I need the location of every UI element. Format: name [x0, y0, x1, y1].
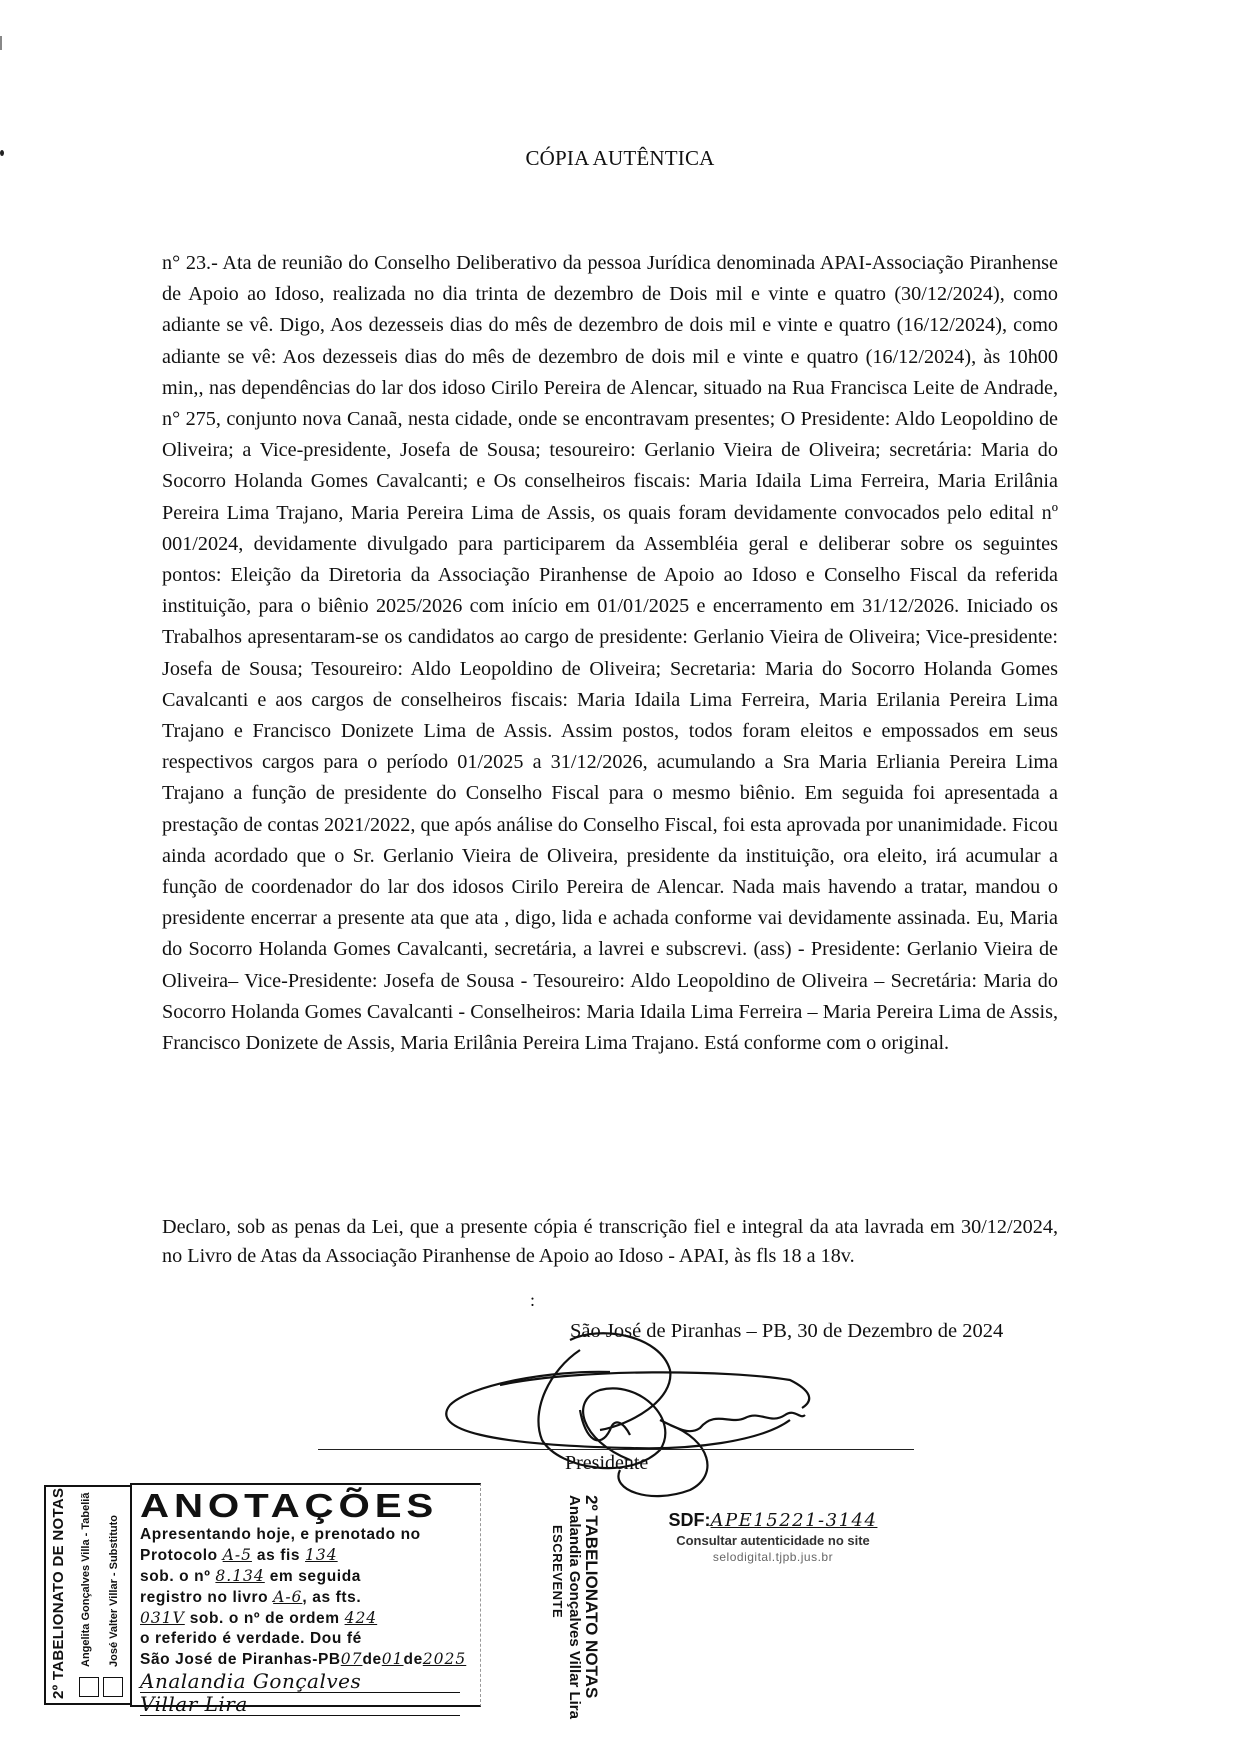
stamp-line-3: sob. o nº 8.134 em seguida [140, 1566, 474, 1587]
em-seguida-label: em seguida [270, 1568, 361, 1585]
stamp-side-name-2: José Valter Villar - Substituto [108, 1515, 120, 1667]
stamp-main-panel: ANOTAÇÕES Apresentando hoje, e prenotado… [130, 1483, 481, 1707]
livro-value: A-6 [273, 1588, 302, 1606]
livro-label: registro no livro [140, 1589, 268, 1606]
protocolo-value: A-5 [223, 1546, 252, 1564]
seal-website[interactable]: selodigital.tjpb.jus.br [658, 1550, 888, 1564]
vstamp-line-1: 2º TABELIONATO NOTAS [581, 1495, 601, 1698]
checkbox-tabelia [79, 1677, 99, 1697]
seal-code-prefix: SDF: [669, 1510, 711, 1530]
tabelionato-vertical-stamp: 2º TABELIONATO NOTAS Analandia Gonçalves… [551, 1495, 601, 1695]
minutes-paragraph: n° 23.- Ata de reunião do Conselho Delib… [162, 248, 1058, 1059]
minutes-body: n° 23.- Ata de reunião do Conselho Delib… [162, 248, 1058, 1059]
scan-speck [0, 150, 4, 156]
document-page: CÓPIA AUTÊNTICA n° 23.- Ata de reunião d… [0, 0, 1240, 1753]
colon-mark: : [530, 1290, 535, 1311]
stamp-side-title: 2º TABELIONATO DE NOTAS [50, 1488, 67, 1699]
stamp-handwritten-signature-1: Analandia Gonçalves [140, 1670, 460, 1693]
declaration-text: Declaro, sob as penas da Lei, que a pres… [162, 1213, 1058, 1271]
stamp-month: 01 [382, 1650, 404, 1668]
stamp-line-5: 031V sob. o nº de ordem 424 [140, 1608, 474, 1629]
stamp-line-6: o referido é verdade. Dou fé [140, 1629, 474, 1649]
sob-value: 8.134 [215, 1567, 264, 1585]
ordem-label: sob. o nº de ordem [190, 1610, 340, 1627]
stamp-side-name-1: Angelita Gonçalves Villa - Tabeliã [80, 1493, 92, 1667]
stamp-title: ANOTAÇÕES [140, 1487, 438, 1525]
stamp-handwritten-signature-2: Villar Lira [140, 1693, 460, 1716]
fls-label: as fis [257, 1547, 300, 1564]
stamp-line-2: Protocolo A-5 as fis 134 [140, 1545, 474, 1566]
de-label: de [404, 1651, 423, 1668]
seal-instructions: Consultar autenticidade no site [658, 1533, 888, 1548]
annotations-stamp: 2º TABELIONATO DE NOTAS Angelita Gonçalv… [44, 1483, 480, 1705]
sob-label: sob. o nº [140, 1568, 210, 1585]
vstamp-line-2: Analandia Gonçalves Villar Lira [566, 1495, 583, 1719]
stamp-line-7: São José de Piranhas-PB07de01de2025 [140, 1649, 474, 1670]
stamp-city: São José de Piranhas-PB [140, 1651, 341, 1668]
document-title: CÓPIA AUTÊNTICA [0, 146, 1240, 171]
vstamp-line-3: ESCREVENTE [550, 1525, 565, 1618]
stamp-lines: Apresentando hoje, e prenotado no Protoc… [140, 1525, 474, 1716]
digital-seal: SDF:APE15221-3144 Consultar autenticidad… [658, 1510, 888, 1564]
seal-code: SDF:APE15221-3144 [658, 1510, 888, 1531]
checkbox-substituto [103, 1677, 123, 1697]
stamp-year: 2025 [423, 1650, 466, 1668]
signature-role: Presidente [565, 1452, 648, 1475]
ordem-value: 424 [345, 1609, 378, 1627]
fts-label: , as fts. [302, 1589, 361, 1606]
president-signature [430, 1330, 990, 1500]
stamp-day: 07 [341, 1650, 363, 1668]
de-label: de [362, 1651, 381, 1668]
stamp-line-1: Apresentando hoje, e prenotado no [140, 1525, 474, 1545]
ordem-page-value: 031V [140, 1609, 185, 1627]
declaration: Declaro, sob as penas da Lei, que a pres… [162, 1213, 1058, 1271]
stamp-side-panel: 2º TABELIONATO DE NOTAS Angelita Gonçalv… [44, 1485, 132, 1705]
seal-code-value: APE15221-3144 [711, 1510, 878, 1531]
signature-line [318, 1449, 914, 1450]
stamp-line-4: registro no livro A-6, as fts. [140, 1587, 474, 1608]
protocolo-label: Protocolo [140, 1547, 218, 1564]
fls-value: 134 [305, 1546, 338, 1564]
scan-speck [0, 36, 2, 50]
